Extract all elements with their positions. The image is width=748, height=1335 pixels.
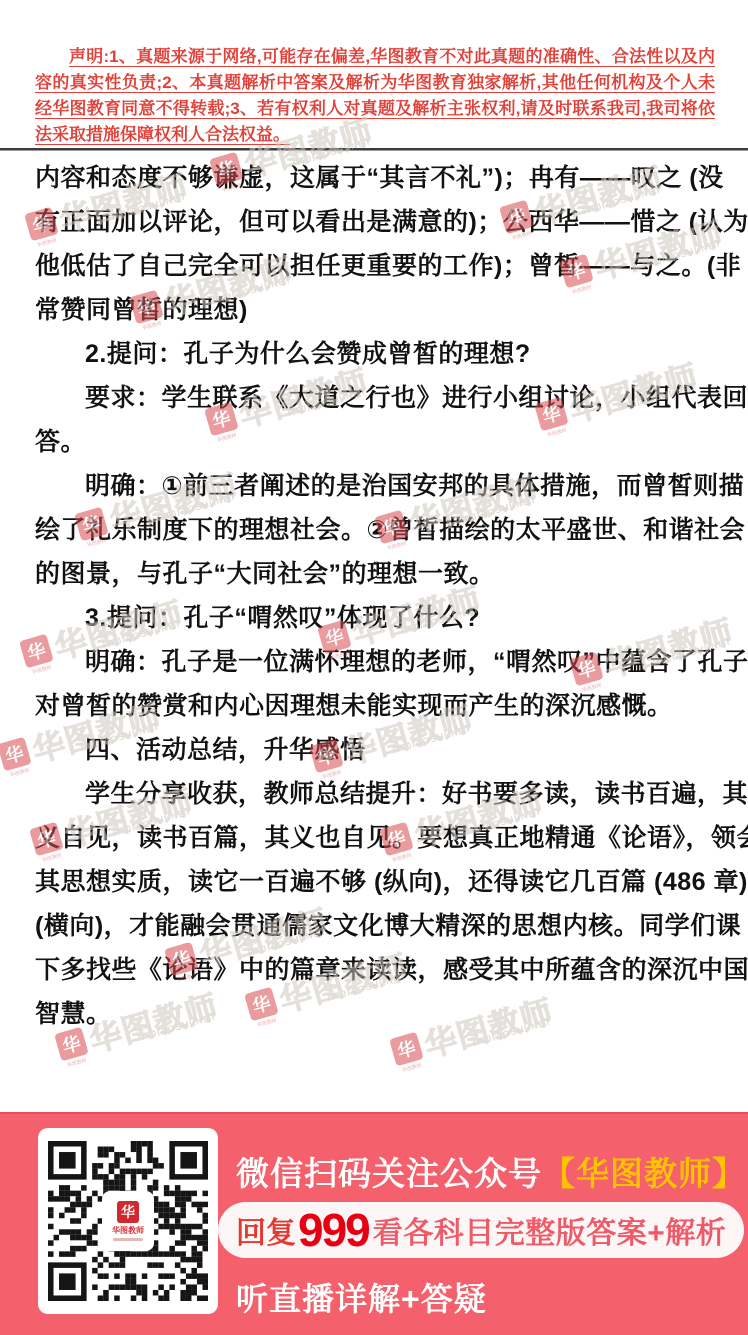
- document-line: 对曾皙的赞赏和内心因理想未能实现而产生的深沉感慨。: [35, 684, 715, 728]
- huatu-logo-icon: 华: [117, 1201, 139, 1223]
- pill-suffix: 看各科目完整版答案+解析: [373, 1208, 727, 1252]
- qr-badge-caption: [113, 1238, 143, 1241]
- document-line: 智慧。: [35, 992, 715, 1036]
- promo-banner: 华 华图教师 微信扫码关注公众号【华图教师】 回复 999 看各科目完整版答案+…: [0, 1112, 748, 1335]
- document-line: 明确：孔子是一位满怀理想的老师，“喟然叹”中蕴含了孔子: [35, 640, 715, 684]
- document-line: 有正面加以评论，但可以看出是满意的)；公西华——惜之 (认为: [35, 200, 715, 244]
- disclaimer-text: 声明:1、真题来源于网络,可能存在偏差,华图教育不对此真题的准确性、合法性以及内…: [35, 44, 715, 148]
- document-heading-line: 四、活动总结，升华感悟: [35, 728, 715, 772]
- document-line: 答。: [35, 420, 715, 464]
- document-line: 义自见，读书百篇，其义也自见。要想真正地精通《论语》，领会: [35, 816, 715, 860]
- document-line: 明确：①前三者阐述的是治国安邦的具体措施，而曾皙则描: [35, 464, 715, 508]
- pill-keyword-number: 999: [298, 1207, 369, 1253]
- disclaimer-body: 1、真题来源于网络,可能存在偏差,华图教育不对此真题的准确性、合法性以及内容的真…: [35, 47, 715, 144]
- document-line: 学生分享收获，教师总结提升：好书要多读，读书百遍，其: [35, 772, 715, 816]
- banner-brand-highlight: 【华图教师】: [542, 1155, 746, 1192]
- banner-follow-line: 微信扫码关注公众号【华图教师】: [236, 1148, 746, 1195]
- document-line: 内容和态度不够谦虚，这属于“其言不礼”)；冉有——叹之 (没: [35, 156, 715, 200]
- document-line: (横向)，才能融会贯通儒家文化博大精深的思想内核。同学们课: [35, 904, 715, 948]
- document-line: 下多找些《论语》中的篇章来读读，感受其中所蕴含的深沉中国: [35, 948, 715, 992]
- reply-keyword-pill: 回复 999 看各科目完整版答案+解析: [218, 1202, 744, 1258]
- document-line: 的图景，与孔子“大同社会”的理想一致。: [35, 552, 715, 596]
- banner-text-block: 微信扫码关注公众号【华图教师】 回复 999 看各科目完整版答案+解析 听直播详…: [236, 1114, 736, 1335]
- watermark-logo-icon: 华: [389, 1032, 424, 1067]
- pill-prefix: 回复: [236, 1208, 296, 1252]
- qr-center-badge: 华 华图教师: [104, 1193, 152, 1249]
- document-body: 内容和态度不够谦虚，这属于“其言不礼”)；冉有——叹之 (没有正面加以评论，但可…: [35, 156, 715, 1036]
- document-line: 他低估了自己完全可以担任更重要的工作)；曾皙——与之。(非: [35, 244, 715, 288]
- document-line: 要求：学生联系《大道之行也》进行小组讨论，小组代表回: [35, 376, 715, 420]
- document-line: 常赞同曾皙的理想): [35, 288, 715, 332]
- banner-live-line: 听直播详解+答疑: [236, 1274, 487, 1320]
- qr-badge-brand: 华图教师: [112, 1225, 144, 1236]
- document-line: 其思想实质，读它一百遍不够 (纵向)，还得读它几百篇 (486 章): [35, 860, 715, 904]
- watermark-logo-icon: 华: [0, 737, 32, 772]
- disclaimer-label: 声明:: [69, 47, 109, 66]
- banner-follow-prefix: 微信扫码关注公众号: [236, 1155, 542, 1192]
- document-line: 2.提问：孔子为什么会赞成曾皙的理想?: [35, 332, 715, 376]
- watermark-logo-caption: 华图教师: [5, 766, 34, 780]
- qr-code[interactable]: 华 华图教师: [38, 1128, 218, 1314]
- section-divider: [0, 148, 748, 151]
- watermark-logo-caption: 华图教师: [397, 1061, 426, 1075]
- document-line: 绘了礼乐制度下的理想社会。②曾皙描绘的太平盛世、和谐社会: [35, 508, 715, 552]
- watermark-logo-caption: 华图教师: [62, 1056, 91, 1070]
- document-page: 声明:1、真题来源于网络,可能存在偏差,华图教育不对此真题的准确性、合法性以及内…: [0, 0, 748, 1335]
- document-line: 3.提问：孔子“喟然叹”体现了什么?: [35, 596, 715, 640]
